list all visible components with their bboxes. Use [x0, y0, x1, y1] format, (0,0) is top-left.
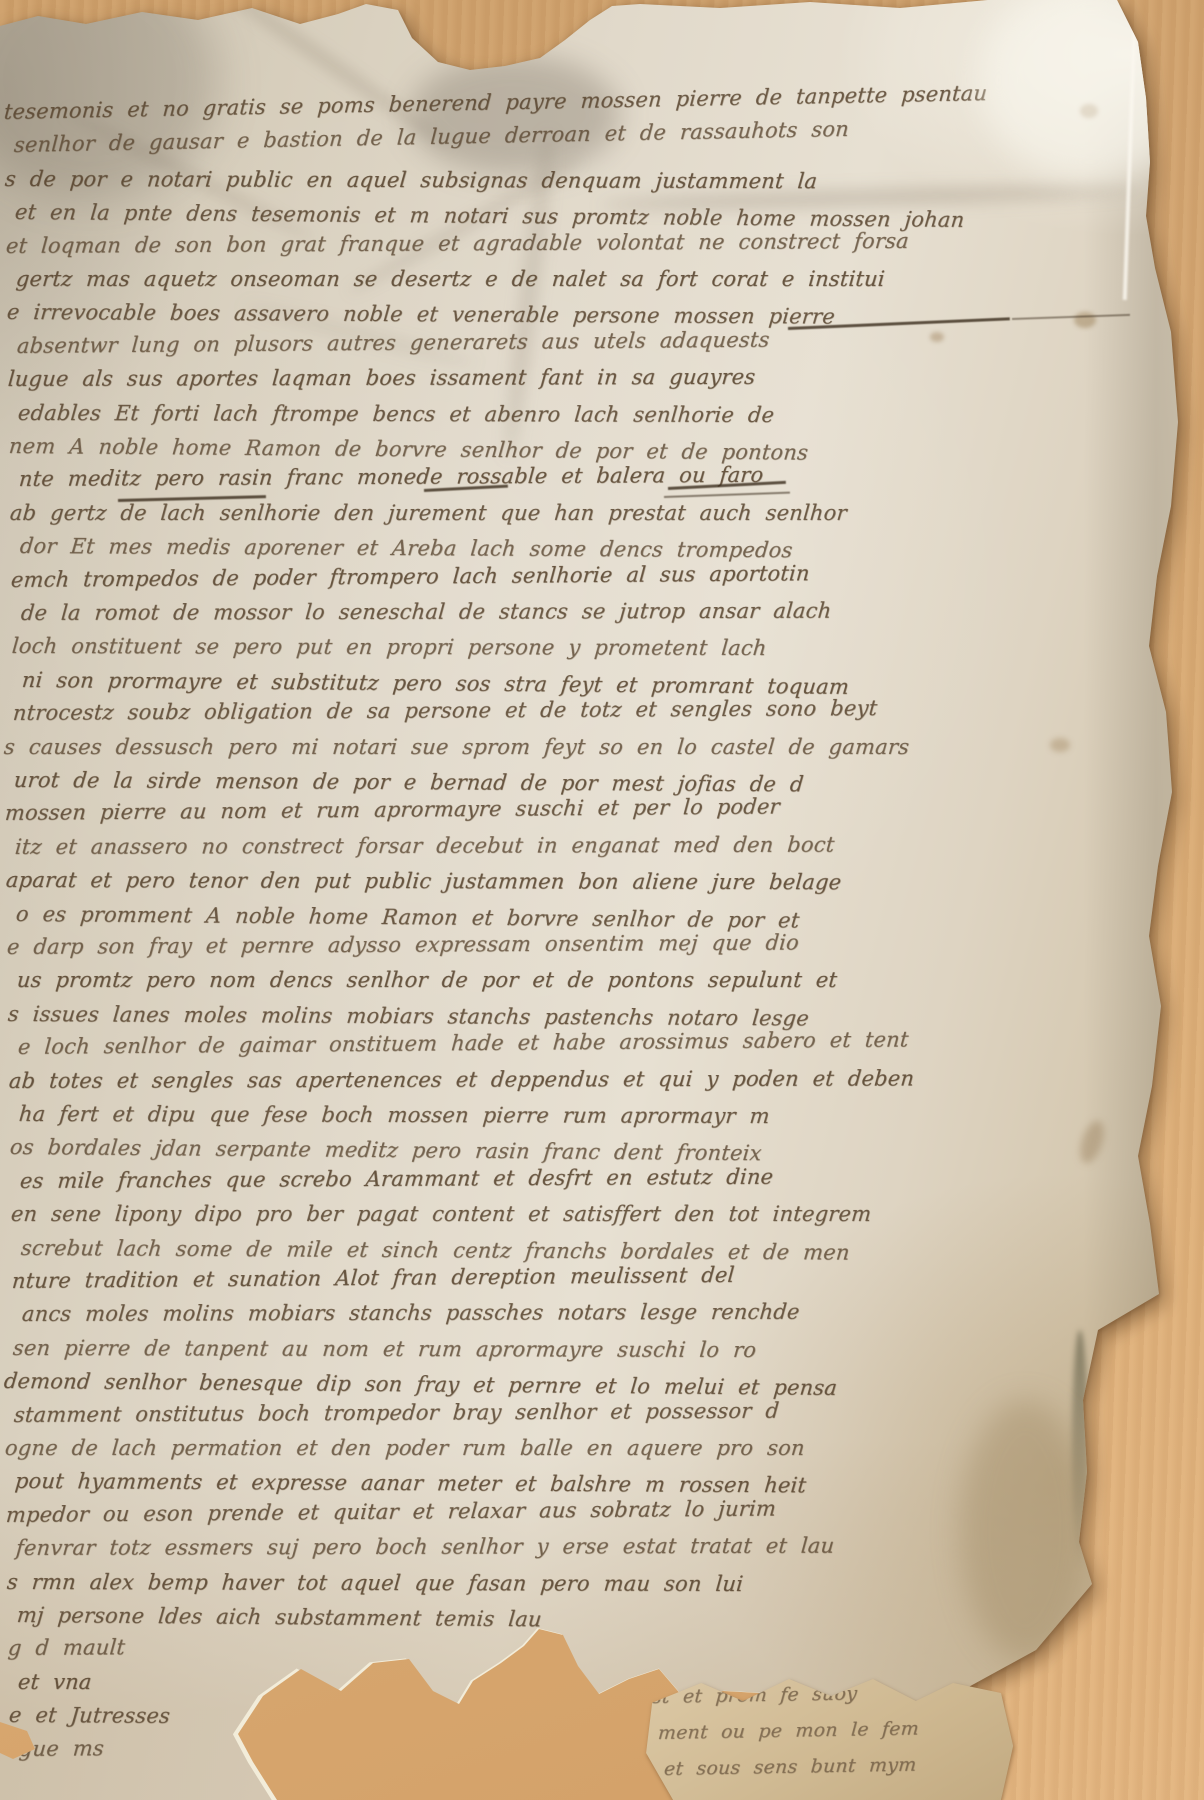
manuscript-line: stamment onstitutus boch trompedor bray … — [13, 1398, 780, 1426]
manuscript-line: ab totes et sengles sas apertenences et … — [8, 1066, 915, 1093]
parchment-fragment-wrap: st et prom fe suoyment ou pe mon le feme… — [640, 1672, 1020, 1800]
torn-edge-highlight — [527, 0, 569, 34]
manuscript-line: aparat et pero tenor den put public just… — [5, 868, 843, 894]
manuscript-line: loch onstituent se pero put en propri pe… — [11, 634, 768, 660]
manuscript-line: urot de la sirde menson de por e bernad … — [13, 768, 805, 796]
manuscript-line: s causes dessusch pero mi notari sue spr… — [3, 735, 910, 759]
manuscript-line: nte meditz pero rasin franc monede rossa… — [18, 463, 764, 491]
manuscript-line: e irrevocable boes assavero noble et ven… — [6, 300, 836, 329]
manuscript-line: pout hyamments et expresse aanar meter e… — [14, 1469, 807, 1497]
manuscript-line: s rmn alex bemp haver tot aquel que fasa… — [6, 1570, 744, 1596]
manuscript-line: nture tradition et sunation Alot fran de… — [11, 1263, 735, 1293]
manuscript-line: et loqman de son bon grat franque et agr… — [5, 229, 910, 258]
manuscript-line: g d mault — [7, 1636, 126, 1661]
manuscript-line: s de por e notari public en aquel subsig… — [4, 167, 818, 193]
manuscript-line: en sene lipony dipo pro ber pagat conten… — [10, 1202, 872, 1226]
manuscript-line: itz et anassero no constrect forsar dece… — [14, 833, 836, 859]
manuscript-line: edables Et forti lach ftrompe bencs et a… — [17, 401, 775, 427]
manuscript-line: de la romot de mossor lo seneschal de st… — [20, 599, 832, 625]
manuscript-line: screbut lach some de mile et sinch centz… — [20, 1236, 851, 1265]
manuscript-line: mj persone ldes aich substamment temis l… — [16, 1603, 543, 1631]
manuscript-line: fenvrar totz essmers suj pero boch senlh… — [15, 1534, 835, 1560]
manuscript-line: gertz mas aquetz onseoman se desertz e d… — [15, 267, 886, 291]
manuscript-line: es mile franches que screbo Arammant et … — [19, 1165, 774, 1193]
manuscript-line: o es promment A noble home Ramon et borv… — [15, 902, 801, 933]
manuscript-line: ogne de lach permation et den poder rum … — [4, 1436, 806, 1460]
manuscript-line: e et Jutresses — [8, 1703, 171, 1728]
manuscript-line: mpedor ou eson prende et quitar et relax… — [5, 1496, 777, 1526]
manuscript-line: s issues lanes moles molins mobiars stan… — [7, 1002, 810, 1030]
manuscript-photo: tesemonis et no gratis se poms benerend … — [0, 0, 1204, 1800]
manuscript-line: e loch senlhor de gaimar onstituem hade … — [17, 1028, 909, 1059]
parchment-fragment: st et prom fe suoyment ou pe mon le feme… — [640, 1672, 1020, 1800]
manuscript-line: nem A noble home Ramon de borvre senlhor… — [8, 434, 809, 465]
manuscript-line: senlhor de gausar e bastion de la lugue … — [13, 117, 850, 157]
manuscript-line: absentwr lung on plusors autres generare… — [16, 327, 770, 357]
manuscript-line: sen pierre de tanpent au nom et rum apro… — [12, 1336, 757, 1362]
manuscript-line: us promtz pero nom dencs senlhor de por … — [16, 968, 838, 992]
manuscript-line: ha fert et dipu que fese boch mossen pie… — [18, 1102, 771, 1128]
manuscript-line: e darp son fray et pernre adysso express… — [6, 931, 800, 959]
manuscript-line: ntrocestz soubz obligation de sa persone… — [12, 696, 878, 725]
manuscript-line: ancs moles molins mobiars stanchs passch… — [21, 1300, 801, 1326]
manuscript-line: emch trompedos de poder ftrompero lach s… — [10, 561, 811, 592]
text-layer: tesemonis et no gratis se poms benerend … — [0, 0, 1204, 1800]
fragment-line: et sous sens bunt mym — [663, 1754, 917, 1780]
manuscript-line: mossen pierre au nom et rum aprormayre s… — [4, 795, 781, 826]
parchment-sheet: tesemonis et no gratis se poms benerend … — [0, 0, 1204, 1800]
fragment-line: ment ou pe mon le fem — [657, 1717, 919, 1744]
fragment-line: st et prom fe suoy — [651, 1682, 858, 1708]
manuscript-line: dor Et mes medis aporener et Areba lach … — [19, 534, 794, 562]
parchment-sheet-wrap: tesemonis et no gratis se poms benerend … — [0, 0, 1204, 1800]
manuscript-line: et en la pnte dens tesemonis et m notari… — [14, 200, 966, 232]
manuscript-line: os bordales jdan serpante meditz pero ra… — [9, 1135, 763, 1165]
manuscript-line: ni son prormayre et substitutz pero sos … — [21, 668, 850, 699]
manuscript-line: lugue als sus aportes laqman boes issame… — [7, 365, 756, 391]
manuscript-line: demond senlhor benesque dip son fray et … — [3, 1369, 838, 1400]
manuscript-line: et vna — [17, 1670, 93, 1694]
manuscript-line: ab gertz de lach senlhorie den jurement … — [9, 501, 848, 525]
